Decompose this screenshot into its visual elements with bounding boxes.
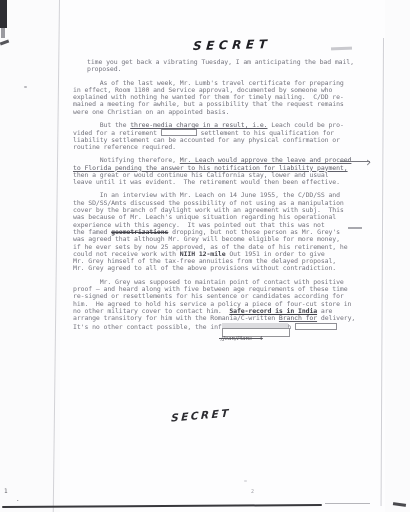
typewritten-text: time you get back a vibrating Tuesday, I… [73,59,373,336]
paragraph: As of the last week, Mr. Lumb's travel c… [73,80,373,116]
text-line: routine reference required. [73,144,373,151]
text-segment: Leach could be pro- [267,121,343,129]
staple-mark-tick [0,40,9,46]
text-segment: leave until it was evident. The retireme… [73,178,340,186]
text-line: leave until it was evident. The retireme… [73,179,373,186]
page-number-mark: 1 [4,489,8,494]
text-segment: were one Christian on an appointed basis… [73,108,229,116]
bottom-right-tick [393,502,406,506]
text-line: time you get back a vibrating Tuesday, I… [87,59,373,66]
text-segment: proposed. [87,65,121,73]
scan-speck: . [16,496,20,503]
paragraph: time you get back a vibrating Tuesday, I… [87,59,373,74]
text-line: were one Christian on an appointed basis… [73,109,373,116]
pencil-underline-arrow [340,161,370,162]
staple-mark [0,0,7,28]
text-segment: delivery, [317,314,355,322]
signature-caption: -/Jean/Plans----4 [219,336,263,342]
margin-dash [348,227,362,229]
text-segment: But the [73,121,130,129]
text-segment: It's no other contact possible, the info… [73,323,245,331]
faint-mark-two: 2 [251,489,254,495]
scanned-document: { "stamps": { "top": "SECRET", "bottom":… [0,0,410,512]
staple-mark-tail [1,28,5,38]
text-segment: routine reference required. [73,143,176,151]
text-segment: Mr. Grey agreed to all of the above prov… [73,264,336,272]
paragraph: Notifying therefore, Mr. Leach would app… [73,157,373,186]
text-segment: three-media charge in a result, i.e. [130,121,267,129]
redaction-box [295,323,337,330]
scan-dot [24,86,27,88]
secret-stamp-top: SECRET [192,37,271,53]
page-edge-left [53,0,60,512]
text-line: proposed. [87,66,373,73]
faint-mark-eq: = [244,479,247,485]
text-line: But the three-media charge in a result, … [73,122,373,129]
paragraph: In an interview with Mr. Leach on 14 Jun… [73,192,373,272]
text-segment: arrange transitory for him with the Roma… [73,314,279,322]
text-segment: time you get back a vibrating Tuesday, I… [87,58,354,66]
text-segment: Branch for [279,314,317,322]
paragraph: But the three-media charge in a result, … [73,122,373,151]
text-line: arrange transitory for him with the Roma… [73,315,373,322]
text-line: Mr. Grey agreed to all of the above prov… [73,265,373,272]
bottom-scratch-faint [325,503,370,504]
